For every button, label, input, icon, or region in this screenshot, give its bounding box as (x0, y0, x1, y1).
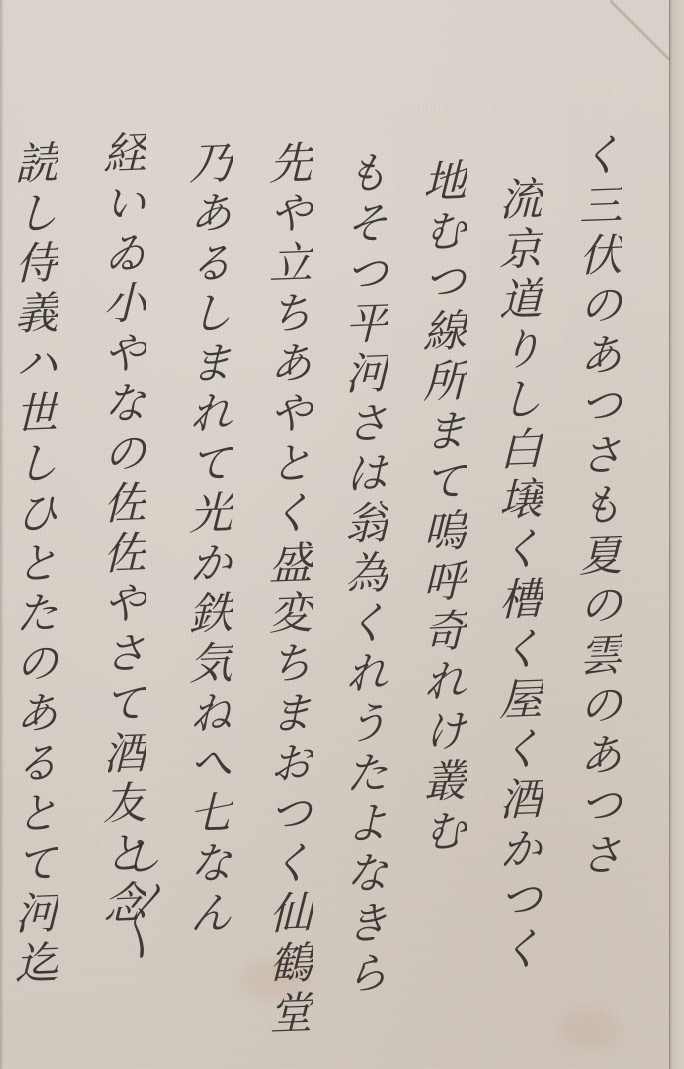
text-column-7: 経いゐ小やなの佐佐やさて酒友と念 (98, 129, 142, 931)
text-column-4: もそつ平河さは翁為くれうたよなきら (340, 149, 384, 1001)
text-column-3: 地むつ線所まて嗚呼奇れけ叢む (418, 157, 462, 859)
text-column-1: く三伏のあつさも夏の雲のあつさ (574, 131, 618, 883)
manuscript-page: く三伏のあつさも夏の雲のあつさ 流京道りし白壌く槽く屋く酒かつく 地むつ線所まて… (0, 0, 684, 1069)
calligraphy-text-block: く三伏のあつさも夏の雲のあつさ 流京道りし白壌く槽く屋く酒かつく 地むつ線所まて… (0, 0, 684, 1069)
text-column-6: 乃あるしまれて光か鉄気ねへ七なん (184, 139, 228, 941)
text-column-2: 流京道りし白壌く槽く屋く酒かつく (494, 175, 538, 977)
text-column-8: 読し侍義ハ世しひとたのあるとて河迄 (10, 139, 54, 991)
repeat-mark: し〳〵 (118, 834, 158, 967)
text-column-5: 先や立ちあやとく盛変ちまおつく仙鶴堂 (264, 139, 308, 1041)
